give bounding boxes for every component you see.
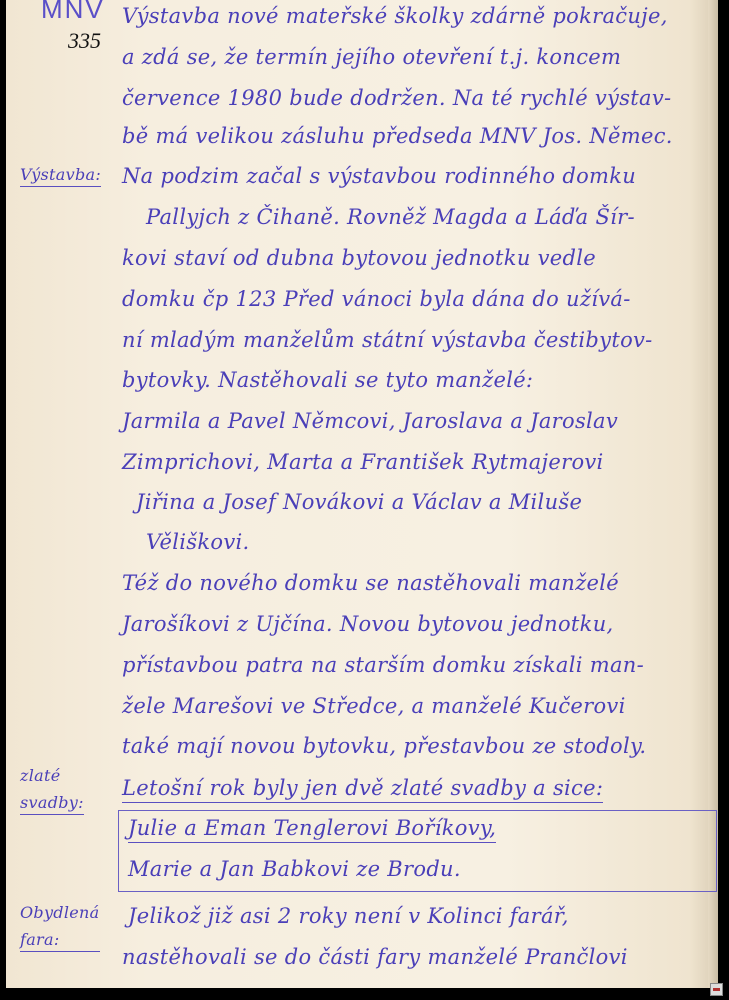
text-line: Jarošíkovi z Ujčína. Novou bytovou jedno… bbox=[122, 612, 614, 636]
text-line: kovi staví od dubna bytovou jednotku ved… bbox=[122, 246, 596, 270]
handwritten-page: MNV 335 Výstavba: zlaté svadby: Obydlená… bbox=[6, 0, 718, 988]
text-line: také mají novou bytovku, přestavbou ze s… bbox=[122, 734, 646, 758]
mnv-stamp: MNV bbox=[41, 0, 105, 25]
text-line: Jarmila a Pavel Němcovi, Jaroslava a Jar… bbox=[122, 409, 618, 433]
text-line: Věliškovi. bbox=[146, 530, 250, 554]
text-line: Letošní rok byly jen dvě zlaté svadby a … bbox=[122, 776, 603, 803]
text-line: Též do nového domku se nastěhovali manže… bbox=[122, 571, 619, 595]
text-line: Jiřina a Josef Novákovi a Václav a Miluš… bbox=[136, 490, 582, 514]
boxed-line: Marie a Jan Babkovi ze Brodu. bbox=[128, 857, 461, 881]
image-frame: MNV 335 Výstavba: zlaté svadby: Obydlená… bbox=[0, 0, 729, 1000]
text-line: Zimprichovi, Marta a František Rytmajero… bbox=[122, 450, 604, 474]
text-line: Pallyjch z Čihaně. Rovněž Magda a Láďa Š… bbox=[146, 205, 635, 229]
text-line: Na podzim začal s výstavbou rodinného do… bbox=[122, 164, 636, 188]
text-line: ní mladým manželům státní výstavba česti… bbox=[122, 328, 653, 352]
text-line: a zdá se, že termín jejího otevření t.j.… bbox=[122, 45, 621, 69]
text-line: Výstavba nové mateřské školky zdárně pok… bbox=[122, 4, 668, 28]
text-line: nastěhovali se do části fary manželé Pra… bbox=[122, 945, 628, 969]
margin-note-obydlena: Obydlená bbox=[20, 903, 99, 922]
text-line: přístavbou patra na starším domku získal… bbox=[122, 653, 644, 677]
margin-note-zlate: zlaté bbox=[20, 766, 60, 785]
page-number: 335 bbox=[68, 28, 101, 54]
text-line: Jelikož již asi 2 roky není v Kolinci fa… bbox=[128, 904, 569, 928]
margin-note-svadby: svadby: bbox=[20, 793, 84, 815]
margin-note-fara: fara: bbox=[20, 930, 100, 952]
boxed-line: Julie a Eman Tenglerovi Boříkovy, bbox=[128, 816, 496, 843]
margin-note-vystavba: Výstavba: bbox=[20, 165, 101, 187]
text-line: července 1980 bude dodržen. Na té rychlé… bbox=[122, 86, 671, 110]
text-line: žele Marešovi ve Středce, a manželé Kuče… bbox=[122, 694, 626, 718]
minimize-icon[interactable] bbox=[710, 983, 723, 996]
text-line: domku čp 123 Před vánoci byla dána do už… bbox=[122, 287, 631, 311]
text-line: bě má velikou zásluhu předseda MNV Jos. … bbox=[122, 124, 673, 148]
text-line: bytovky. Nastěhovali se tyto manželé: bbox=[122, 368, 533, 392]
